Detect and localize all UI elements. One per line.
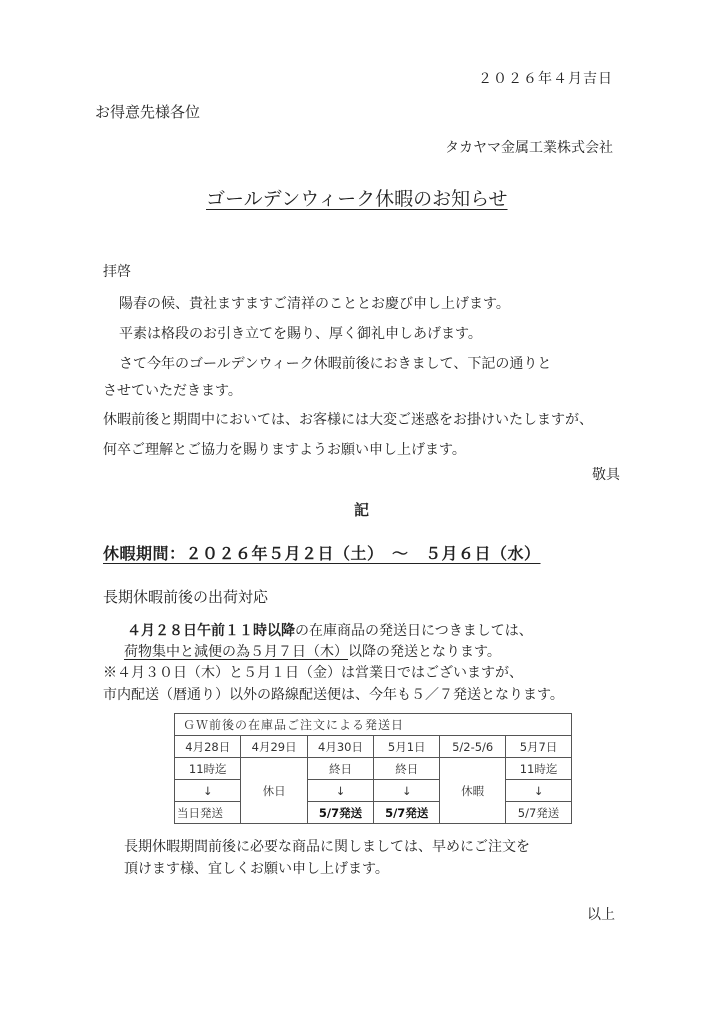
table-cell-holiday-period: 休暇	[440, 758, 506, 824]
greeting-opening: 拝啓	[103, 263, 131, 281]
table-header-row: 4月28日 4月29日 4月30日 5月1日 5/2-5/6 5月7日	[175, 736, 572, 758]
greeting-closing: 敬具	[580, 466, 620, 484]
sender-company: タカヤマ金属工業株式会社	[400, 139, 613, 157]
shipping-line-1: ４月２８日午前１１時以降の在庫商品の発送日につきましては、	[127, 622, 533, 640]
table-title: ＧＷ前後の在庫品ご注文による発送日	[175, 714, 572, 736]
down-arrow-icon: ↓	[175, 780, 241, 802]
greeting-line-1: 陽春の候、貴社ますますご清祥のこととお慶び申し上げます。	[119, 295, 510, 313]
greeting-line-5: 休暇前後と期間中においては、お客様には大変ご迷惑をお掛けいたしますが、	[103, 411, 593, 429]
table-cell: 5/7発送	[506, 802, 572, 824]
table-cell: 終日	[374, 758, 440, 780]
document-title: ゴールデンウィーク休暇のお知らせ	[206, 187, 508, 211]
document-date: ２０２６年４月吉日	[470, 70, 613, 88]
end-mark: 以上	[580, 906, 615, 924]
recipient: お得意先様各位	[95, 103, 200, 121]
down-arrow-icon: ↓	[374, 780, 440, 802]
shipping-note-2: 市内配送（暦通り）以外の路線配送便は、今年も５／７発送となります。	[103, 686, 564, 704]
table-row-ship: 当日発送 5/7発送 5/7発送 5/7発送	[175, 802, 572, 824]
shipping-line-1-rest: の在庫商品の発送日につきましては、	[295, 623, 533, 639]
ki-heading: 記	[354, 499, 369, 520]
shipping-line-2-rest: 以降の発送となります。	[348, 644, 501, 660]
column-header: 5月1日	[374, 736, 440, 758]
shipping-heading: 長期休暇前後の出荷対応	[103, 588, 268, 606]
column-header: 5月7日	[506, 736, 572, 758]
column-header: 4月30日	[307, 736, 373, 758]
shipping-note-1: ※４月３０日（木）と５月１日（金）は営業日ではございますが、	[103, 664, 523, 682]
shipping-schedule-table: ＧＷ前後の在庫品ご注文による発送日 4月28日 4月29日 4月30日 5月1日…	[174, 713, 572, 824]
table-cell: 当日発送	[175, 802, 241, 824]
down-arrow-icon: ↓	[307, 780, 373, 802]
table-row-arrow: ↓ ↓ ↓ ↓	[175, 780, 572, 802]
table-cell: 終日	[307, 758, 373, 780]
table-cell: 11時迄	[175, 758, 241, 780]
table-cell-bold: 5/7発送	[374, 802, 440, 824]
greeting-line-4: させていただきます。	[103, 382, 242, 400]
greeting-line-2: 平素は格段のお引き立てを賜り、厚く御礼申しあげます。	[119, 325, 482, 343]
table-row-cutoff: 11時迄 休日 終日 終日 休暇 11時迄	[175, 758, 572, 780]
column-header: 5/2-5/6	[440, 736, 506, 758]
column-header: 4月29日	[241, 736, 307, 758]
holiday-period: 休暇期間：２０２６年５月２日（土） ～ ５月６日（水）	[103, 544, 541, 564]
closing-line-2: 頂けます様、宜しくお願い申し上げます。	[124, 860, 389, 878]
table-cell-bold: 5/7発送	[307, 802, 373, 824]
column-header: 4月28日	[175, 736, 241, 758]
cutoff-date-bold: ４月２８日午前１１時以降	[127, 623, 295, 639]
greeting-line-6: 何卒ご理解とご協力を賜りますようお願い申し上げます。	[103, 441, 466, 459]
down-arrow-icon: ↓	[506, 780, 572, 802]
table-cell-holiday-0429: 休日	[241, 758, 307, 824]
table-title-row: ＧＷ前後の在庫品ご注文による発送日	[175, 714, 572, 736]
table-cell: 11時迄	[506, 758, 572, 780]
shipping-line-2: 荷物集中と減便の為５月７日（木）以降の発送となります。	[124, 643, 501, 661]
greeting-line-3: さて今年のゴールデンウィーク休暇前後におきまして、下記の通りと	[119, 355, 551, 373]
ship-date-underlined: 荷物集中と減便の為５月７日（木）	[124, 644, 348, 660]
closing-line-1: 長期休暇期間前後に必要な商品に関しましては、早めにご注文を	[124, 838, 530, 856]
